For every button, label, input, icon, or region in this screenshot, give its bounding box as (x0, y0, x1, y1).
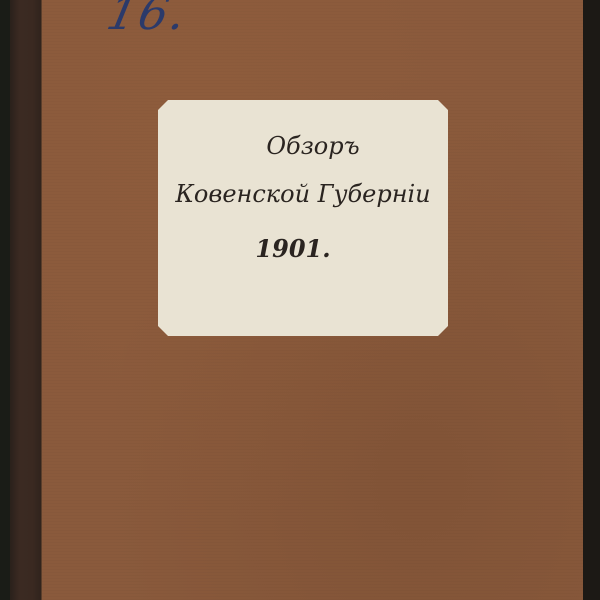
label-subtitle: Ковенской Губерніи (158, 180, 448, 208)
shelf-number: 16. (102, 0, 193, 40)
spine (10, 0, 42, 600)
label-title: Обзоръ (168, 132, 458, 160)
title-label: Обзоръ Ковенской Губерніи 1901. (158, 100, 448, 336)
left-edge (0, 0, 10, 600)
label-year: 1901. (148, 234, 438, 263)
book-cover: 16. Обзоръ Ковенской Губерніи 1901. (0, 0, 600, 600)
right-edge (583, 0, 600, 600)
